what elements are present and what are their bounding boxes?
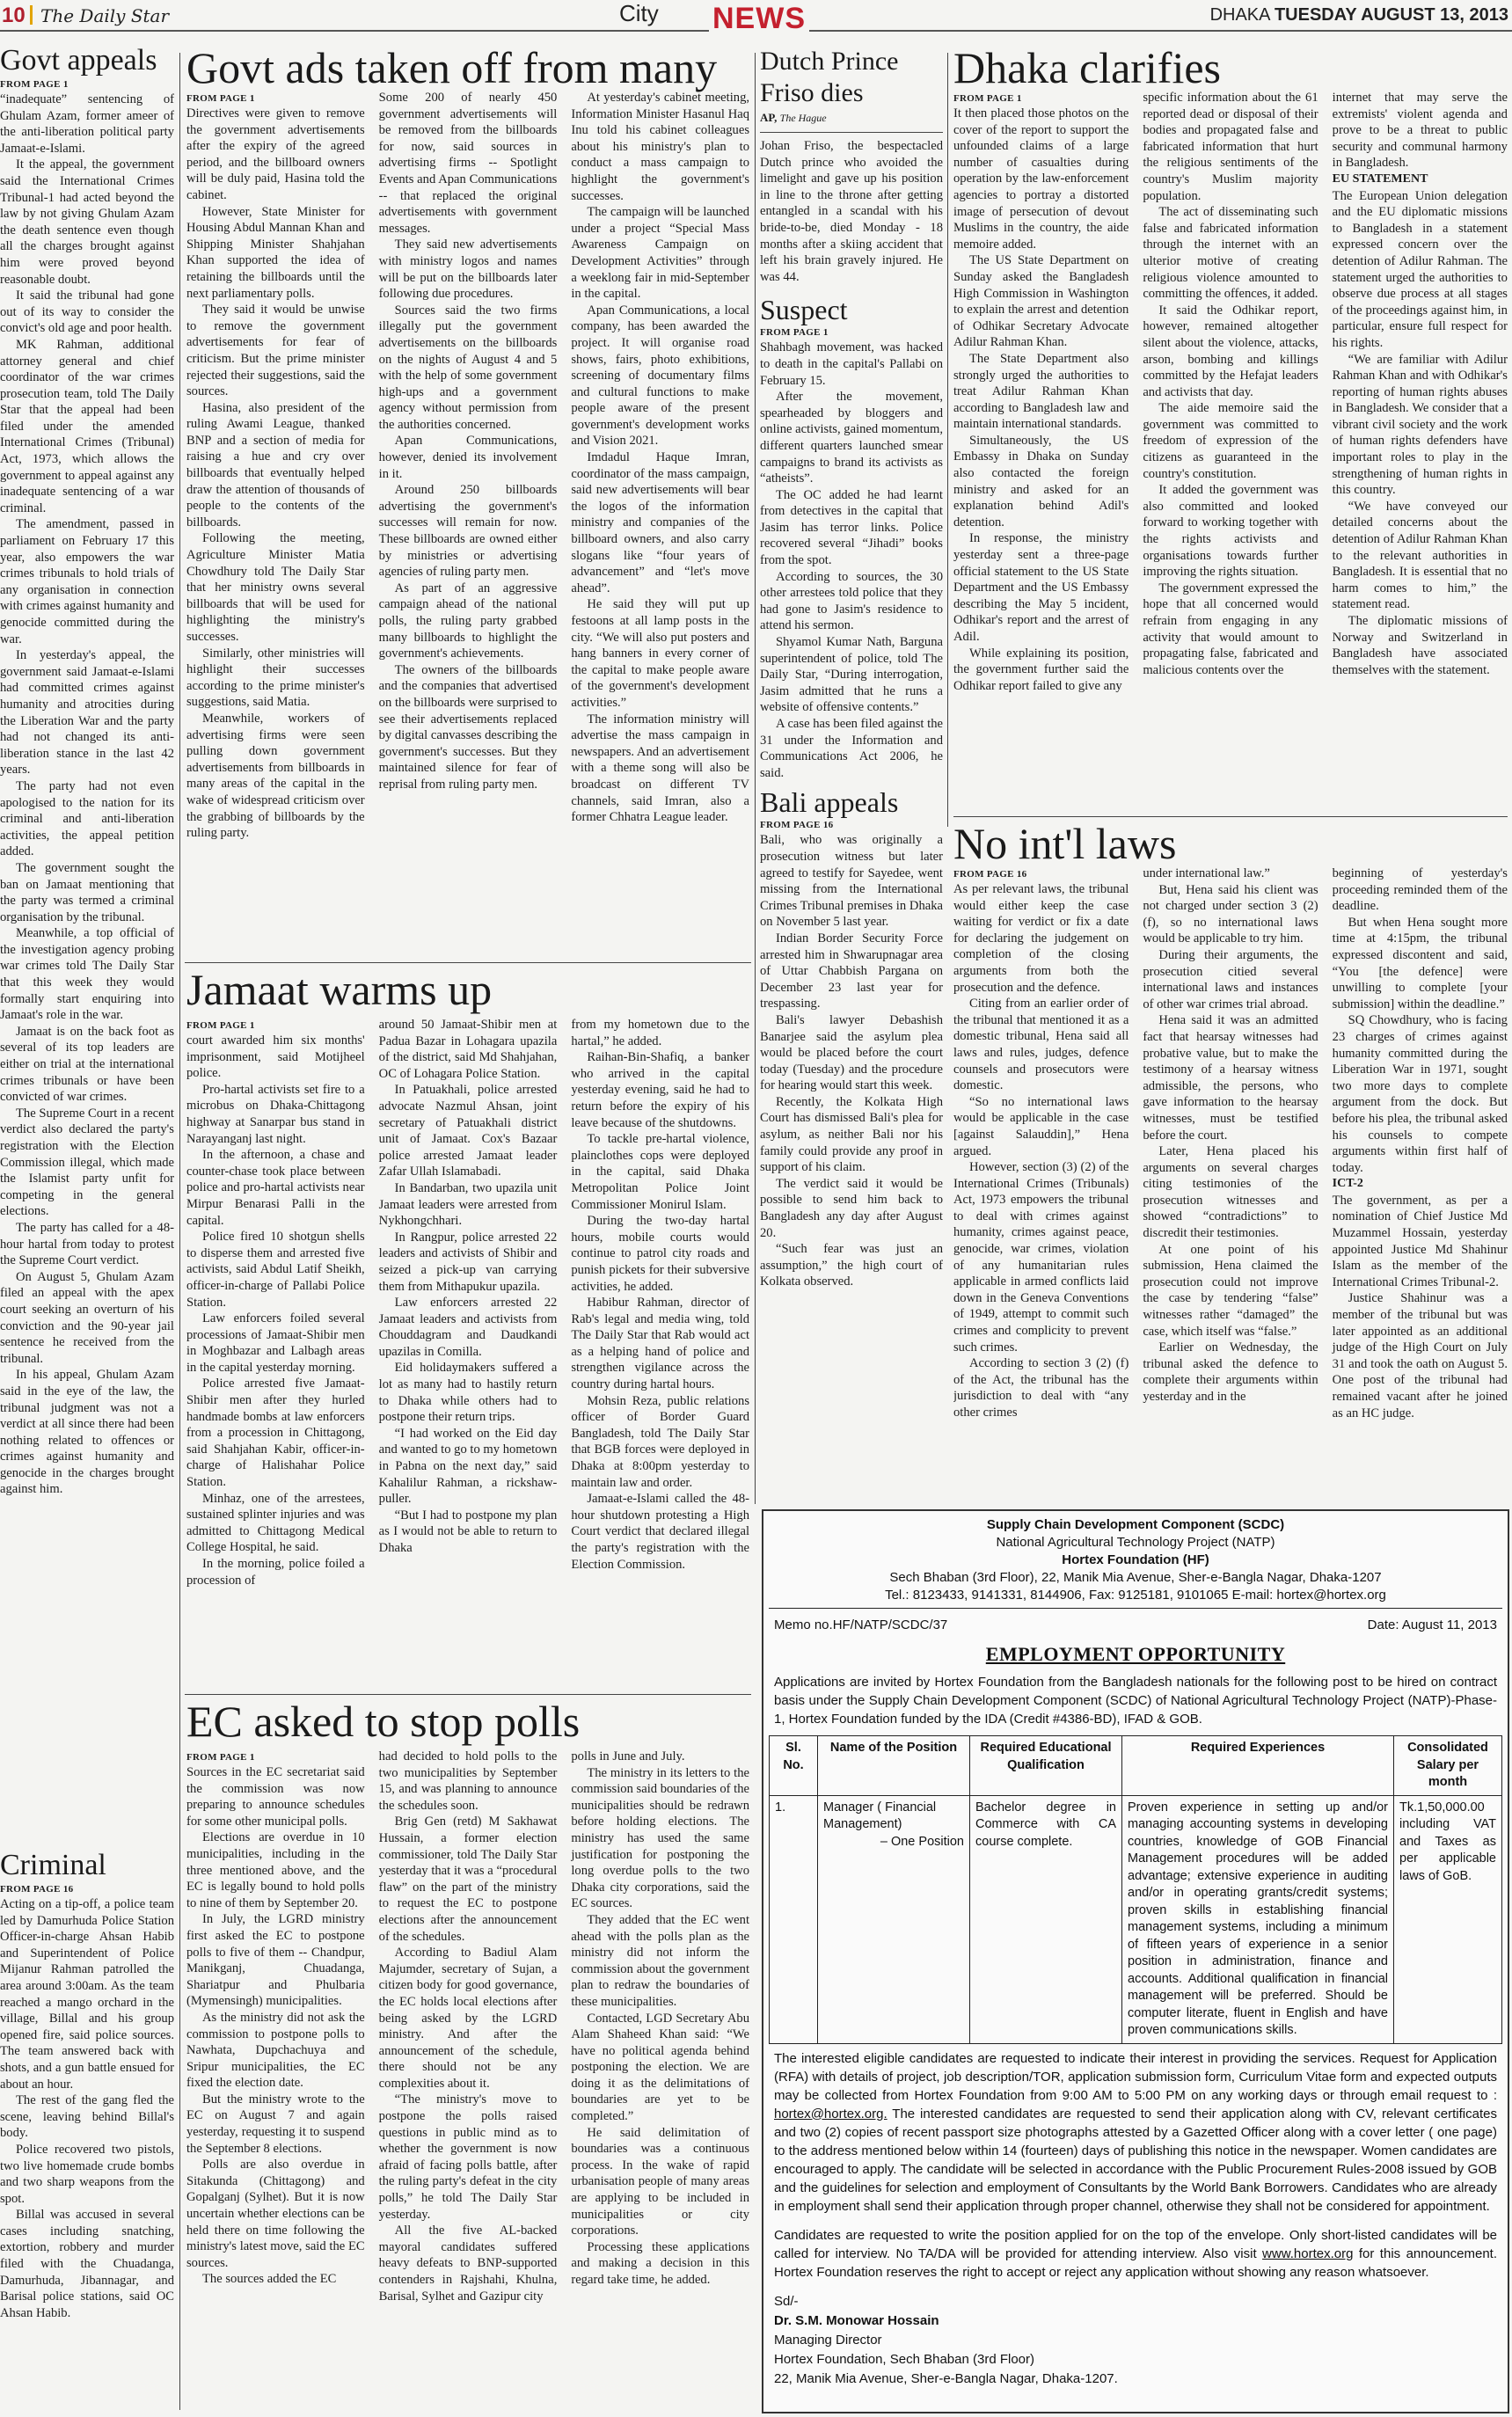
paragraph: But when Hena sought more time at 4:15pm… [1333, 915, 1508, 1013]
website-link[interactable]: www.hortex.org [1262, 2246, 1353, 2261]
headline: Govt appeals [0, 46, 174, 76]
column-divider [755, 53, 756, 1504]
paragraph: Law enforcers arrested 22 Jamaat leaders… [379, 1295, 558, 1360]
article-ec-asked-to-stop-polls: EC asked to stop polls FROM PAGE 1 Sourc… [186, 1699, 749, 2413]
ad-contact: Tel.: 8123433, 9141331, 8144906, Fax: 91… [885, 1588, 1386, 1603]
paragraph: court awarded him six months' imprisonme… [186, 1033, 365, 1082]
headline: EC asked to stop polls [186, 1699, 749, 1743]
dateline-city: DHAKA [1210, 5, 1270, 25]
signature-sd: Sd/- [774, 2292, 1497, 2311]
paragraph: The OC added he had learnt from detectiv… [760, 487, 943, 569]
paragraph: It then placed those photos on the cover… [953, 106, 1129, 252]
ad-org-line: Supply Chain Development Component (SCDC… [987, 1517, 1284, 1532]
paragraph: “So no international laws would be appli… [953, 1094, 1129, 1159]
paragraph: However, section (3) (2) of the Internat… [953, 1159, 1129, 1355]
paragraph: Sources said the two firms illegally put… [379, 303, 558, 434]
paragraph: In July, the LGRD ministry first asked t… [186, 1911, 365, 2010]
cell-salary: Tk.1,50,000.00 including VAT and Taxes a… [1394, 1795, 1502, 2043]
paragraph: In yesterday's appeal, the government sa… [0, 647, 174, 778]
source-label: FROM PAGE 16 [953, 869, 1129, 880]
article-body: FROM PAGE 1 Directives were given to rem… [186, 90, 749, 842]
paragraph: At one point of his submission, Hena cla… [1143, 1242, 1318, 1340]
paragraph: The government sought the ban on Jamaat … [0, 860, 174, 925]
memo-number: Memo no.HF/NATP/SCDC/37 [774, 1617, 947, 1632]
article-body: Bali, who was originally a prosecution w… [760, 832, 943, 1290]
position-count: – One Position [823, 1834, 964, 1851]
source-label: FROM PAGE 1 [186, 1020, 365, 1031]
ad-instructions: The interested eligible candidates are r… [763, 2049, 1508, 2216]
source-label: FROM PAGE 1 [186, 93, 365, 104]
paragraph: The European Union delegation and the EU… [1333, 188, 1508, 352]
memo-date: Date: August 11, 2013 [1368, 1617, 1497, 1632]
paragraph: The aide memoire said the government was… [1143, 400, 1318, 482]
paragraph: The amendment, passed in parliament on F… [0, 516, 174, 647]
paragraph: Shahbagh movement, was hacked to death i… [760, 340, 943, 389]
paragraph: had decided to hold polls to the two mun… [379, 1749, 558, 1814]
paragraph: Bali's lawyer Debashish Banarjee said th… [760, 1012, 943, 1094]
paragraph: The ministry in its letters to the commi… [571, 1765, 749, 1912]
paragraph: specific information about the 61 report… [1143, 90, 1318, 204]
paper-name: The Daily Star [40, 5, 169, 26]
section-divider [953, 816, 1508, 817]
paragraph: Justice Shahinur was a member of the tri… [1333, 1290, 1508, 1421]
paragraph: To tackle pre-hartal violence, plainclot… [571, 1131, 749, 1213]
paragraph: Acting on a tip-off, a police team led b… [0, 1896, 174, 2092]
source-label: FROM PAGE 1 [0, 79, 174, 90]
cell-sl: 1. [770, 1795, 818, 2043]
paragraph: MK Rahman, additional attorney general a… [0, 337, 174, 517]
narrow-column: Dutch PrinceFriso dies AP, The Hague Joh… [760, 46, 943, 1506]
paragraph: They said new advertisements with minist… [379, 237, 558, 302]
byline-agency: AP, [760, 111, 777, 124]
text: The interested candidates are requested … [774, 2107, 1497, 2214]
cell-qualification: Bachelor degree in Commerce with CA cour… [970, 1795, 1122, 2043]
paragraph: Meanwhile, a top official of the investi… [0, 925, 174, 1024]
paragraph: The owners of the billboards and the com… [379, 662, 558, 793]
paragraph: Pro-hartal activists set fire to a micro… [186, 1082, 365, 1147]
dateline-date: TUESDAY AUGUST 13, 2013 [1275, 5, 1508, 25]
paragraph: According to section 3 (2) (f) of the Ac… [953, 1355, 1129, 1420]
paragraph: Elections are overdue in 10 municipaliti… [186, 1829, 365, 1911]
paragraph: He said delimitation of boundaries was a… [571, 2125, 749, 2239]
paragraph: Some 200 of nearly 450 government advert… [379, 90, 558, 237]
paragraph: It added the government was also committ… [1143, 482, 1318, 581]
paragraph: internet that may serve the extremists' … [1333, 90, 1508, 172]
paragraph: Shyamol Kumar Nath, Barguna superintende… [760, 634, 943, 716]
memo-row: Memo no.HF/NATP/SCDC/37 Date: August 11,… [763, 1612, 1508, 1638]
paragraph: On August 5, Ghulam Azam filed an appeal… [0, 1269, 174, 1368]
article-no-intl-laws: No int'l laws FROM PAGE 16 As per releva… [953, 821, 1508, 1504]
paragraph: According to sources, the 30 other arres… [760, 569, 943, 634]
paragraph: The sources added the EC [186, 2271, 365, 2288]
article-body: “inadequate” sentencing of Ghulam Azam, … [0, 91, 174, 1498]
paragraph: As part of an aggressive campaign ahead … [379, 581, 558, 662]
paragraph: However, State Minister for Housing Abdu… [186, 204, 365, 303]
column-header: Sl. No. [770, 1736, 818, 1796]
table-row: 1. Manager ( Financial Management)– One … [770, 1795, 1502, 2043]
section-label: NEWS [709, 2, 809, 36]
paragraph: During the two-day hartal hours, mobile … [571, 1213, 749, 1295]
paragraph: In the afternoon, a chase and counter-ch… [186, 1147, 365, 1229]
signature-block: Sd/- Dr. S.M. Monowar Hossain Managing D… [763, 2292, 1508, 2389]
headline: Govt ads taken off from many [186, 46, 749, 90]
article-body: FROM PAGE 1 It then placed those photos … [953, 90, 1508, 694]
headline-line: Dutch Prince [760, 47, 898, 76]
paragraph: The US State Department on Sunday asked … [953, 252, 1129, 351]
ad-intro: Applications are invited by Hortex Found… [763, 1673, 1508, 1728]
masthead: 10 The Daily Star City NEWS DHAKA TUESDA… [0, 0, 1512, 32]
paragraph: Police fired 10 shotgun shells to disper… [186, 1229, 365, 1311]
paragraph: Apan Communications, however, denied its… [379, 433, 558, 482]
paragraph: Following the meeting, Agriculture Minis… [186, 530, 365, 645]
article-dutch-prince: Dutch PrinceFriso dies AP, The Hague Joh… [760, 46, 943, 285]
paragraph: It said the Odhikar report, however, rem… [1143, 303, 1318, 401]
paragraph: Bali, who was originally a prosecution w… [760, 832, 943, 931]
paragraph: The rest of the gang fled the scene, lea… [0, 2092, 174, 2142]
paragraph: All the five AL-backed mayoral candidate… [379, 2223, 558, 2304]
cell-position: Manager ( Financial Management)– One Pos… [818, 1795, 970, 2043]
positions-table: Sl. No. Name of the Position Required Ed… [769, 1735, 1502, 2044]
paragraph: Apan Communications, a local company, ha… [571, 303, 749, 449]
signatory-address: 22, Manik Mia Avenue, Sher-e-Bangla Naga… [774, 2370, 1497, 2389]
paragraph: The Supreme Court in a recent verdict al… [0, 1106, 174, 1220]
paragraph: The diplomatic missions of Norway and Sw… [1333, 613, 1508, 678]
paragraph: Hena said it was an admitted fact that h… [1143, 1012, 1318, 1143]
paragraph: Police arrested five Jamaat-Shibir men a… [186, 1376, 365, 1490]
headline: Suspect [760, 296, 943, 324]
paragraph: Recently, the Kolkata High Court has dis… [760, 1094, 943, 1176]
paragraph: Raihan-Bin-Shafiq, a banker who arrived … [571, 1049, 749, 1131]
paragraph: But, Hena said his client was not charge… [1143, 882, 1318, 947]
paragraph: As the ministry did not ask the commissi… [186, 2010, 365, 2092]
paragraph: According to Badiul Alam Majumder, secre… [379, 1945, 558, 2092]
article-body: FROM PAGE 1 court awarded him six months… [186, 1017, 749, 1588]
paragraph: Police recovered two pistols, two live h… [0, 2142, 174, 2207]
paragraph: SQ Chowdhury, who is facing 23 charges o… [1333, 1012, 1508, 1176]
headline: Jamaat warms up [186, 968, 749, 1011]
paragraph: polls in June and July. [571, 1749, 749, 1765]
paragraph: The government, as per a nomination of C… [1333, 1193, 1508, 1291]
article-govt-appeals: Govt appeals FROM PAGE 1 “inadequate” se… [0, 46, 174, 1840]
paragraph: During their arguments, the prosecution … [1143, 947, 1318, 1012]
paragraph: Eid holidaymakers suffered a lot as many… [379, 1360, 558, 1425]
headline: Dutch PrinceFriso dies [760, 46, 943, 109]
email-link[interactable]: hortex@hortex.org. [774, 2107, 887, 2121]
source-label: FROM PAGE 1 [760, 327, 943, 338]
source-label: FROM PAGE 1 [953, 93, 1129, 104]
article-govt-ads: Govt ads taken off from many FROM PAGE 1… [186, 46, 749, 957]
paragraph: under international law.” [1143, 865, 1318, 882]
paragraph: Polls are also overdue in Sitakunda (Chi… [186, 2157, 365, 2271]
dateline: DHAKA TUESDAY AUGUST 13, 2013 [1210, 5, 1508, 26]
paragraph: Billal was accused in several cases incl… [0, 2207, 174, 2321]
article-suspect: Suspect FROM PAGE 1 Shahbagh movement, w… [760, 296, 943, 781]
ad-notes: Candidates are requested to write the po… [763, 2226, 1508, 2282]
paragraph: Earlier on Wednesday, the tribunal asked… [1143, 1340, 1318, 1405]
paragraph: The party had not even apologised to the… [0, 778, 174, 860]
signatory-title: Managing Director [774, 2331, 1497, 2350]
article-jamaat-warms-up: Jamaat warms up FROM PAGE 1 court awarde… [186, 968, 749, 1690]
paragraph: The verdict said it would be possible to… [760, 1176, 943, 1241]
paragraph: A case has been filed against the 31 und… [760, 716, 943, 781]
paragraph: But the ministry wrote to the EC on Augu… [186, 2092, 365, 2157]
article-body: Johan Friso, the bespectacled Dutch prin… [760, 138, 943, 285]
paragraph: The government expressed the hope that a… [1143, 581, 1318, 679]
paragraph: The State Department also strongly urged… [953, 351, 1129, 433]
section-name: City [619, 0, 659, 27]
paragraph: It said the tribunal had gone out of its… [0, 288, 174, 337]
paragraph: Sources in the EC secretariat said the c… [186, 1764, 365, 1829]
section-divider [185, 962, 751, 963]
paragraph: “But I had to postpone my plan as I woul… [379, 1508, 558, 1557]
paragraph: The act of disseminating such false and … [1143, 204, 1318, 303]
paragraph: Law enforcers foiled several processions… [186, 1311, 365, 1376]
paragraph: In Patuakhali, police arrested advocate … [379, 1082, 558, 1180]
paragraph: Indian Border Security Force arrested hi… [760, 931, 943, 1012]
paragraph: They said it would be unwise to remove t… [186, 302, 365, 400]
paragraph: Later, Hena placed his arguments on seve… [1143, 1143, 1318, 1242]
article-dhaka-clarifies: Dhaka clarifies FROM PAGE 1 It then plac… [953, 46, 1508, 811]
paragraph: Around 250 billboards advertising the go… [379, 482, 558, 581]
page-number: 10 [2, 4, 26, 28]
position-name: Manager ( Financial Management) [823, 1800, 936, 1832]
subhead: EU STATEMENT [1333, 172, 1508, 188]
paragraph: In the morning, police foiled a processi… [186, 1556, 365, 1588]
paragraph: Contacted, LGD Secretary Abu Alam Shahee… [571, 2011, 749, 2125]
article-body: Acting on a tip-off, a police team led b… [0, 1896, 174, 2321]
column-divider [947, 53, 948, 827]
signatory-address: Hortex Foundation, Sech Bhaban (3rd Floo… [774, 2350, 1497, 2370]
headline: Criminal [0, 1851, 174, 1880]
paragraph: The party has called for a 48-hour harta… [0, 1220, 174, 1269]
paragraph: Processing these applications and making… [571, 2239, 749, 2289]
paragraph: Brig Gen (retd) M Sakhawat Hussain, a fo… [379, 1814, 558, 1945]
paragraph: Similarly, other ministries will highlig… [186, 646, 365, 711]
ad-title: EMPLOYMENT OPPORTUNITY [763, 1643, 1508, 1666]
paragraph: “Such fear was just an assumption,” the … [760, 1241, 943, 1290]
paragraph: At yesterday's cabinet meeting, Informat… [571, 90, 749, 204]
cell-experience: Proven experience in setting up and/or m… [1122, 1795, 1394, 2043]
headline: Dhaka clarifies [953, 46, 1508, 90]
paragraph: “inadequate” sentencing of Ghulam Azam, … [0, 91, 174, 157]
byline: AP, The Hague [760, 111, 943, 133]
subhead: ICT-2 [1333, 1176, 1508, 1193]
column-divider [179, 53, 180, 2410]
article-body: Shahbagh movement, was hacked to death i… [760, 340, 943, 781]
article-body: FROM PAGE 1 Sources in the EC secretaria… [186, 1749, 749, 2304]
page-number-divider [30, 5, 33, 25]
paragraph: It the appeal, the government said the I… [0, 157, 174, 288]
column-header: Consolidated Salary per month [1394, 1736, 1502, 1796]
paragraph: Directives were given to remove the gove… [186, 106, 365, 204]
column-header: Required Experiences [1122, 1736, 1394, 1796]
table-header-row: Sl. No. Name of the Position Required Ed… [770, 1736, 1502, 1796]
paragraph: In Rangpur, police arrested 22 leaders a… [379, 1230, 558, 1295]
paragraph: Mohsin Reza, public relations officer of… [571, 1393, 749, 1492]
paragraph: “I had worked on the Eid day and wanted … [379, 1426, 558, 1508]
paragraph: Meanwhile, workers of advertising firms … [186, 711, 365, 842]
paragraph: In his appeal, Ghulam Azam said in the e… [0, 1367, 174, 1498]
paragraph: The campaign will be launched under a pr… [571, 204, 749, 303]
paragraph: “We are familiar with Adilur Rahman Khan… [1333, 352, 1508, 499]
paragraph: Minhaz, one of the arrestees, sustained … [186, 1491, 365, 1556]
paragraph: Johan Friso, the bespectacled Dutch prin… [760, 138, 943, 285]
paragraph: As per relevant laws, the tribunal would… [953, 881, 1129, 996]
paragraph: Citing from an earlier order of the trib… [953, 996, 1129, 1094]
paragraph: Hasina, also president of the ruling Awa… [186, 400, 365, 531]
paragraph: “We have conveyed our detailed concerns … [1333, 499, 1508, 613]
paragraph: beginning of yesterday's proceeding remi… [1333, 865, 1508, 915]
paragraph: Habibur Rahman, director of Rab's legal … [571, 1295, 749, 1393]
headline: No int'l laws [953, 821, 1508, 865]
ad-address: Sech Bhaban (3rd Floor), 22, Manik Mia A… [889, 1570, 1381, 1585]
paragraph: In response, the ministry yesterday sent… [953, 530, 1129, 645]
paragraph: “The ministry's move to postpone the pol… [379, 2092, 558, 2223]
paragraph: Jamaat-e-Islami called the 48-hour shutd… [571, 1491, 749, 1573]
source-label: FROM PAGE 16 [760, 820, 943, 830]
paragraph: Jamaat is on the back foot as several of… [0, 1024, 174, 1106]
ad-org-line: Hortex Foundation (HF) [1062, 1552, 1209, 1567]
paragraph: He said they will put up festoons at all… [571, 596, 749, 711]
ad-organization-header: Supply Chain Development Component (SCDC… [763, 1516, 1508, 1604]
paragraph: After the movement, spearheaded by blogg… [760, 389, 943, 487]
paragraph: around 50 Jamaat-Shibir men at Padua Baz… [379, 1017, 558, 1082]
signatory-name: Dr. S.M. Monowar Hossain [774, 2311, 1497, 2331]
byline-place: The Hague [780, 112, 827, 124]
paragraph: Simultaneously, the US Embassy in Dhaka … [953, 433, 1129, 531]
section-divider [185, 1694, 751, 1695]
paragraph: The information ministry will advertise … [571, 712, 749, 826]
divider [769, 1608, 1502, 1609]
column-header: Required Educational Qualification [970, 1736, 1122, 1796]
paragraph: In Bandarban, two upazila unit Jamaat le… [379, 1180, 558, 1230]
paragraph: Imdadul Haque Imran, coordinator of the … [571, 449, 749, 596]
headline: Bali appeals [760, 788, 943, 816]
headline-line: Friso dies [760, 78, 864, 107]
article-bali-appeals: Bali appeals FROM PAGE 16 Bali, who was … [760, 788, 943, 1290]
ad-org-line: National Agricultural Technology Project… [996, 1535, 1275, 1550]
paragraph: While explaining its position, the gover… [953, 646, 1129, 695]
paragraph: from my hometown due to the hartal,” he … [571, 1017, 749, 1049]
column-header: Name of the Position [818, 1736, 970, 1796]
source-label: FROM PAGE 16 [0, 1884, 174, 1895]
paragraph: They added that the EC went ahead with t… [571, 1912, 749, 2011]
article-criminal: Criminal FROM PAGE 16 Acting on a tip-of… [0, 1851, 174, 2413]
article-body: FROM PAGE 16 As per relevant laws, the t… [953, 865, 1508, 1421]
text: The interested eligible candidates are r… [774, 2051, 1497, 2103]
employment-advertisement: Supply Chain Development Component (SCDC… [762, 1509, 1509, 2413]
source-label: FROM PAGE 1 [186, 1752, 365, 1763]
